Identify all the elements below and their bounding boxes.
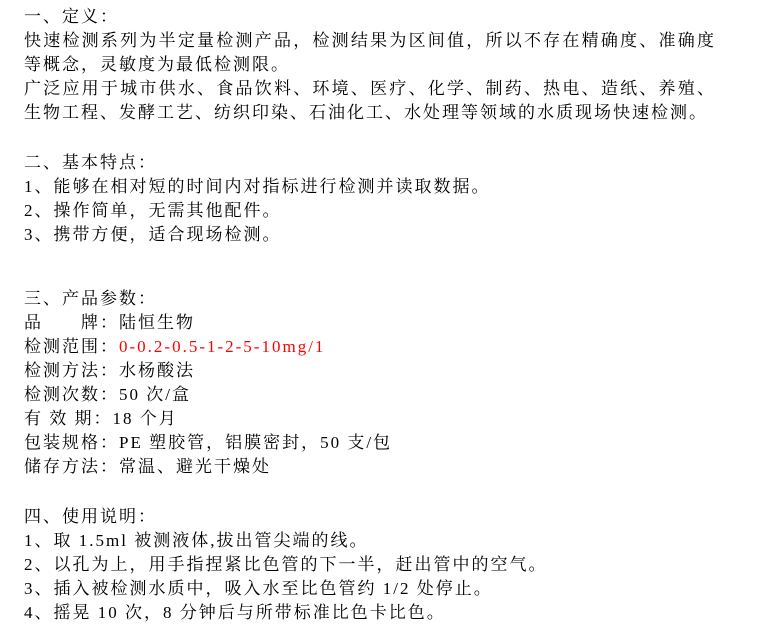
list-item: 1、取 1.5ml 被测液体,拔出管尖端的线。 (24, 529, 774, 553)
list-item: 3、携带方便，适合现场检测。 (24, 223, 774, 247)
param-row-detection-method: 检测方法：水杨酸法 (24, 359, 774, 383)
param-value: PE 塑胶管，铝膜密封，50 支/包 (119, 433, 392, 452)
section-definition: 一、定义： 快速检测系列为半定量检测产品，检测结果为区间值，所以不存在精确度、准… (24, 5, 774, 125)
section-usage: 四、使用说明： 1、取 1.5ml 被测液体,拔出管尖端的线。 2、以孔为上，用… (24, 505, 774, 624)
param-value: 18 个月 (113, 409, 178, 428)
paragraph: 广泛应用于城市供水、食品饮料、环境、医疗、化学、制药、热电、造纸、养殖、生物工程… (24, 77, 716, 125)
list-item: 1、能够在相对短的时间内对指标进行检测并读取数据。 (24, 175, 774, 199)
paragraph: 快速检测系列为半定量检测产品，检测结果为区间值，所以不存在精确度、准确度等概念，… (24, 29, 716, 77)
list-item: 4、摇晃 10 次，8 分钟后与所带标准比色卡比色。 (24, 601, 774, 624)
param-value: 常温、避光干燥处 (119, 457, 271, 476)
list-item: 3、插入被检测水质中，吸入水至比色管约 1/2 处停止。 (24, 577, 774, 601)
section-spacer (24, 247, 774, 287)
list-item: 2、以孔为上，用手指捏紧比色管的下一半，赶出管中的空气。 (24, 553, 774, 577)
param-label: 品 牌： (24, 313, 119, 332)
param-value: 50 次/盒 (119, 385, 191, 404)
section-heading: 二、基本特点： (24, 151, 774, 175)
document-page: 一、定义： 快速检测系列为半定量检测产品，检测结果为区间值，所以不存在精确度、准… (0, 0, 774, 624)
param-row-test-count: 检测次数：50 次/盒 (24, 383, 774, 407)
param-label: 检测次数： (24, 385, 119, 404)
section-heading: 一、定义： (24, 5, 774, 29)
section-spacer (24, 125, 774, 151)
section-heading: 四、使用说明： (24, 505, 774, 529)
param-value: 陆恒生物 (119, 313, 195, 332)
param-label: 储存方法： (24, 457, 119, 476)
param-label: 检测范围： (24, 337, 119, 356)
section-heading: 三、产品参数： (24, 287, 774, 311)
param-row-packaging: 包装规格：PE 塑胶管，铝膜密封，50 支/包 (24, 431, 774, 455)
param-row-detection-range: 检测范围：0-0.2-0.5-1-2-5-10mg/1 (24, 335, 774, 359)
param-label: 检测方法： (24, 361, 119, 380)
param-row-brand: 品 牌：陆恒生物 (24, 311, 774, 335)
section-spacer (24, 479, 774, 505)
param-value: 水杨酸法 (119, 361, 195, 380)
param-label: 有 效 期： (24, 409, 113, 428)
list-item: 2、操作简单，无需其他配件。 (24, 199, 774, 223)
param-value-highlighted: 0-0.2-0.5-1-2-5-10mg/1 (119, 337, 325, 356)
param-label: 包装规格： (24, 433, 119, 452)
param-row-shelf-life: 有 效 期：18 个月 (24, 407, 774, 431)
section-features: 二、基本特点： 1、能够在相对短的时间内对指标进行检测并读取数据。 2、操作简单… (24, 151, 774, 247)
section-parameters: 三、产品参数： 品 牌：陆恒生物 检测范围：0-0.2-0.5-1-2-5-10… (24, 287, 774, 479)
param-row-storage: 储存方法：常温、避光干燥处 (24, 455, 774, 479)
